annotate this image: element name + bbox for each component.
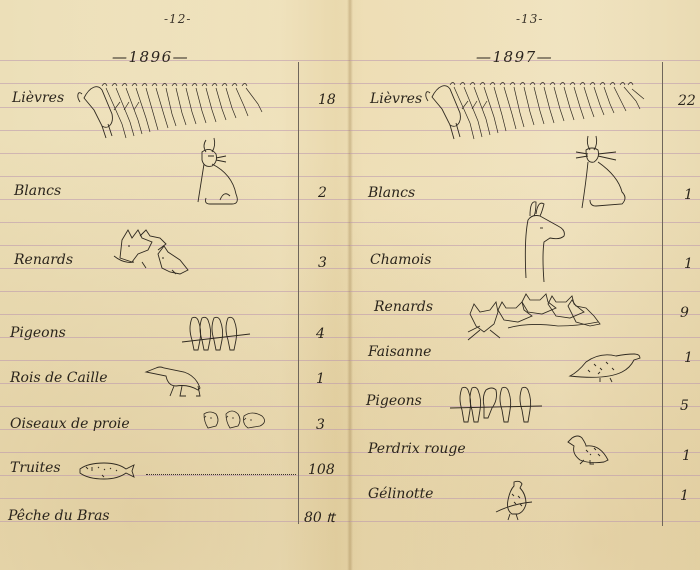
entry-count: 1 <box>684 256 693 272</box>
entry-label: Renards <box>374 299 433 315</box>
entry-count: 4 <box>316 326 325 342</box>
entry-count: 1 <box>682 448 691 464</box>
entry-label: Blancs <box>368 185 415 201</box>
count-column-divider <box>298 62 299 524</box>
notebook-spread: -12- —1896— Lièvres 18 Blancs <box>0 0 700 570</box>
entry-count: 22 <box>678 93 696 109</box>
pigeons-icon <box>178 316 252 354</box>
entry-count: 5 <box>680 398 689 414</box>
foxes-icon <box>468 292 606 356</box>
entry-label: Pigeons <box>366 393 422 409</box>
left-page-1896: -12- —1896— Lièvres 18 Blancs <box>0 0 350 570</box>
entry-label: Pêche du Bras <box>8 508 110 524</box>
chamois-icon <box>520 200 574 280</box>
entry-label: Faisanne <box>368 344 431 360</box>
page-number: -12- <box>164 12 191 26</box>
pigeons-icon <box>450 386 544 426</box>
trout-icon <box>78 461 138 479</box>
entry-count: 2 <box>318 185 327 201</box>
red-partridge-icon <box>568 434 612 466</box>
hares-row-icon <box>422 79 648 143</box>
year-heading: —1896— <box>112 48 189 66</box>
foxes-icon <box>112 226 194 278</box>
entry-label: Gélinotte <box>368 486 433 502</box>
entry-count: 1 <box>316 371 325 387</box>
entry-label: Pigeons <box>10 325 66 341</box>
page-number: -13- <box>516 12 543 26</box>
entry-count: 3 <box>318 255 327 271</box>
entry-label: Lièvres <box>370 91 422 107</box>
entry-label: Renards <box>14 252 73 268</box>
entry-label: Truites <box>10 460 61 476</box>
pheasant-icon <box>570 352 642 382</box>
entry-label: Oiseaux de proie <box>10 416 130 432</box>
corncrake-icon <box>146 364 204 398</box>
entry-count: 1 <box>680 488 689 504</box>
entry-count: 108 <box>308 462 335 478</box>
white-hare-icon <box>190 138 250 210</box>
hazel-grouse-icon <box>496 480 534 522</box>
entry-count: 18 <box>318 92 336 108</box>
hares-row-icon <box>72 80 267 142</box>
entry-label: Perdrix rouge <box>368 441 466 457</box>
year-heading: —1897— <box>476 48 553 66</box>
entry-count: 80 ₶ <box>304 508 335 527</box>
entry-count: 3 <box>316 417 325 433</box>
right-page-1897: -13- —1897— Lièvres 22 Blancs <box>350 0 700 570</box>
white-hare-icon <box>576 136 634 212</box>
birds-of-prey-icon <box>202 410 270 432</box>
count-column-divider <box>662 62 663 526</box>
entry-count: 1 <box>684 350 693 366</box>
leader-dots <box>146 474 296 475</box>
entry-count: 1 <box>684 187 693 203</box>
entry-label: Rois de Caille <box>10 370 108 386</box>
entry-label: Chamois <box>370 252 431 268</box>
entry-label: Lièvres <box>12 90 64 106</box>
entry-label: Blancs <box>14 183 61 199</box>
entry-count: 9 <box>680 305 689 321</box>
